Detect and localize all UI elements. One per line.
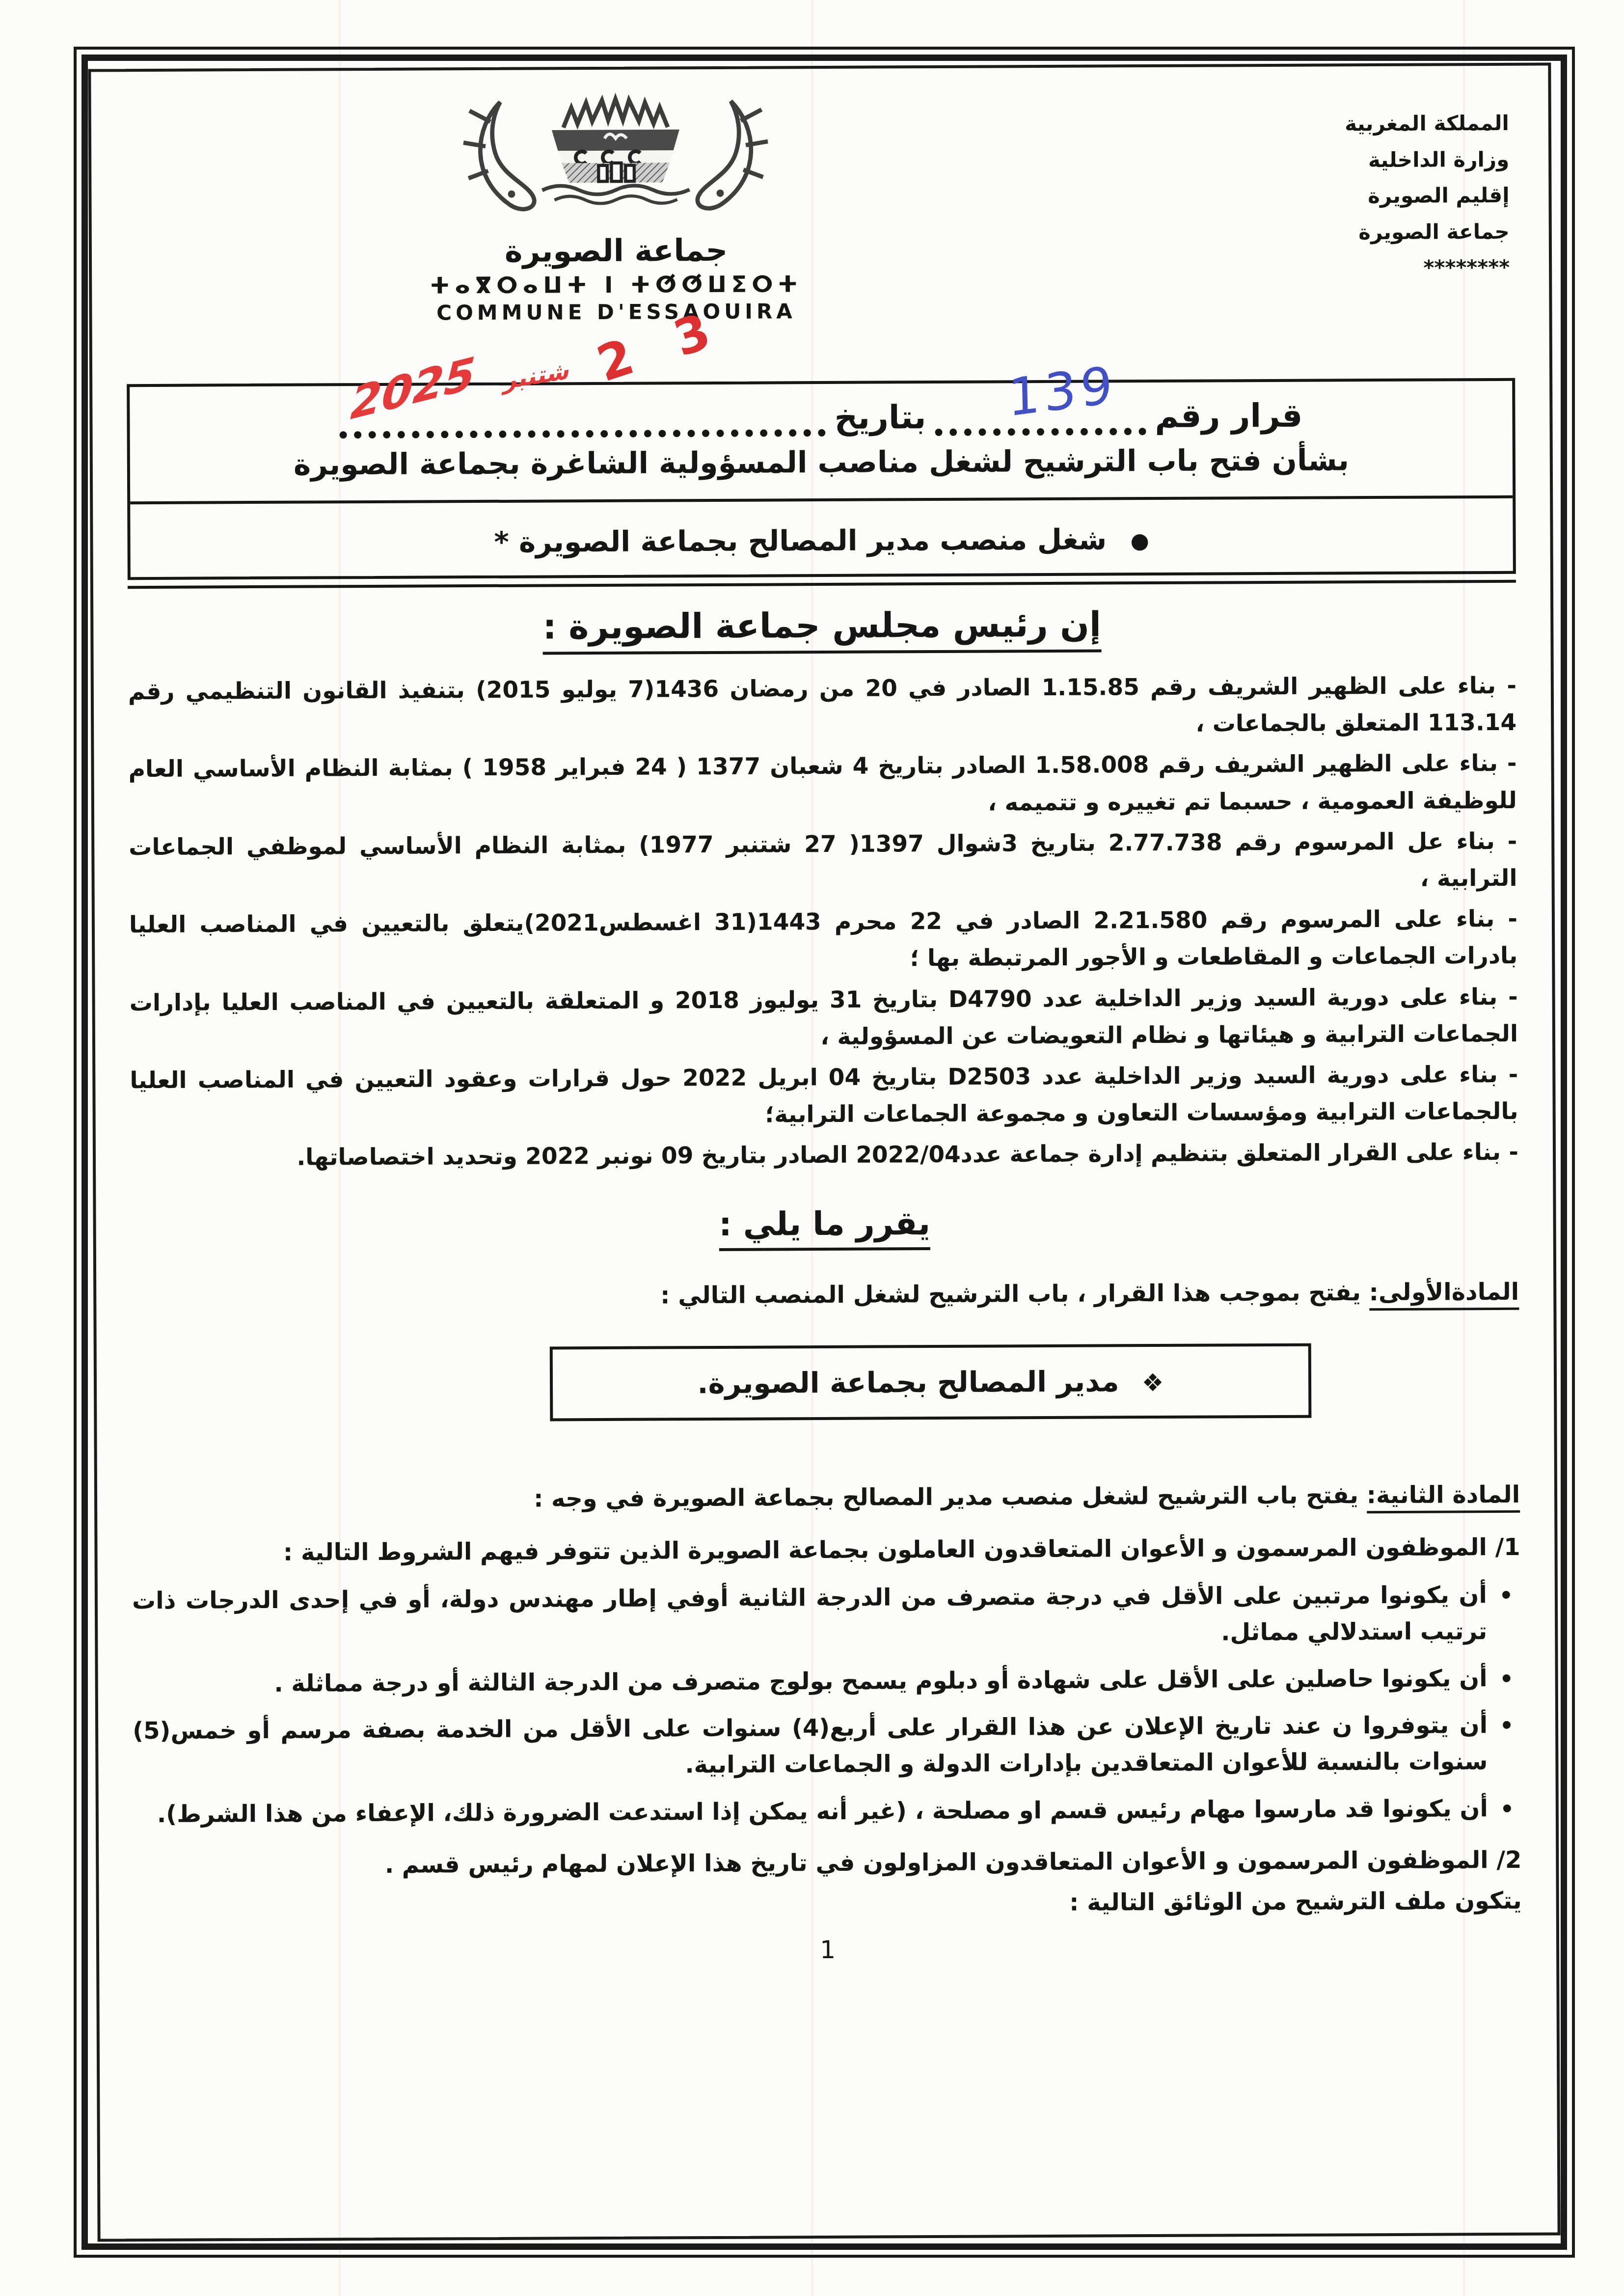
article-1: المادةالأولى: يفتح بموجب هذا القرار ، با… bbox=[131, 1273, 1519, 1317]
group-2-text: الموظفون المرسمون و الأعوان المتعاقدون ا… bbox=[385, 1846, 1497, 1879]
vacant-position-text: شغل منصب مدير المصالح بجماعة الصويرة * bbox=[494, 522, 1107, 558]
position-box: ❖ مدير المصالح بجماعة الصويرة. bbox=[550, 1343, 1311, 1421]
header: المملكة المغربية وزارة الداخلية إقليم ال… bbox=[126, 81, 1516, 371]
position-box-text: مدير المصالح بجماعة الصويرة. bbox=[697, 1365, 1119, 1400]
logo-latin-name: COMMUNE D'ESSAOUIRA bbox=[371, 299, 862, 325]
consideration-item: - بناء على المرسوم رقم 2.21.580 الصادر ف… bbox=[129, 901, 1518, 981]
decision-date-dotted-line: 2025 شتنبر 2 3 bbox=[340, 421, 826, 438]
conditions-list: أن يكونوا مرتبين على الأقل في درجة متصرف… bbox=[132, 1574, 1521, 1833]
coat-of-arms-icon bbox=[429, 83, 803, 232]
eligible-group-2: 2/ الموظفون المرسمون و الأعوان المتعاقدو… bbox=[133, 1841, 1521, 1885]
condition-item: أن يكونوا مرتبين على الأقل في درجة متصرف… bbox=[132, 1574, 1491, 1656]
considerations: - بناء على الظهير الشريف رقم 1.15.85 الص… bbox=[128, 667, 1518, 1177]
consideration-item: - بناء على القرار المتعلق بتنظيم إدارة ج… bbox=[130, 1134, 1518, 1177]
vacant-position-row: ● شغل منصب مدير المصالح بجماعة الصويرة * bbox=[130, 506, 1513, 577]
group-1-text: الموظفون المرسمون و الأعوان المتعاقدون ا… bbox=[283, 1533, 1495, 1566]
article-2-label: المادة الثانية: bbox=[1367, 1481, 1520, 1513]
article-1-text: يفتح بموجب هذا القرار ، باب الترشيح لشغل… bbox=[660, 1279, 1369, 1310]
consideration-item: - بناء عل المرسوم رقم 2.77.738 بتاريخ 3ش… bbox=[129, 823, 1517, 903]
article-2-text: يفتح باب الترشيح لشغل منصب مدير المصالح … bbox=[534, 1481, 1367, 1512]
commune-logo: جماعة الصويرة ⵜⴰⴳⵔⴰⵡⵜ ⵏ ⵜⵚⵚⵡⵉⵔⵜ COMMUNE … bbox=[370, 83, 862, 325]
page-border-middle: المملكة المغربية وزارة الداخلية إقليم ال… bbox=[81, 55, 1567, 2250]
decision-title-box: قرار رقم 139 بتاريخ 2025 شتنبر 2 3 بشأن … bbox=[127, 378, 1516, 580]
header-line-province: إقليم الصويرة bbox=[1345, 177, 1510, 214]
logo-tifinagh-name: ⵜⴰⴳⵔⴰⵡⵜ ⵏ ⵜⵚⵚⵡⵉⵔⵜ bbox=[371, 271, 862, 299]
article-2: المادة الثانية: يفتح باب الترشيح لشغل من… bbox=[132, 1476, 1520, 1520]
page-border-outer: المملكة المغربية وزارة الداخلية إقليم ال… bbox=[74, 47, 1575, 2258]
decision-number-label: قرار رقم bbox=[1155, 397, 1302, 435]
stamp-month: شتنبر bbox=[501, 356, 572, 400]
fish-right-icon bbox=[697, 101, 768, 208]
condition-item: أن يكونوا حاصلين على الأقل على شهادة أو … bbox=[133, 1658, 1491, 1702]
logo-arabic-name: جماعة الصويرة bbox=[371, 232, 862, 270]
diamond-bullet-icon: ❖ bbox=[1142, 1368, 1164, 1397]
article-1-label: المادةالأولى: bbox=[1369, 1278, 1519, 1311]
application-file-line: يتكون ملف الترشيح من الوثائق التالية : bbox=[134, 1882, 1522, 1926]
authority-heading: إن رئيس مجلس جماعة الصويرة : bbox=[543, 604, 1102, 655]
decision-subject: بشأن فتح باب الترشيح لشغل مناصب المسؤولي… bbox=[150, 442, 1493, 483]
fish-left-icon bbox=[463, 102, 535, 210]
decision-date-label: بتاريخ bbox=[834, 398, 926, 437]
decision-number-dotted-line: 139 bbox=[935, 420, 1146, 436]
scanned-document-page: المملكة المغربية وزارة الداخلية إقليم ال… bbox=[0, 0, 1624, 2296]
decree-heading-wrap: يقرر ما يلي : bbox=[130, 1202, 1518, 1254]
consideration-item: - بناء على الظهير الشريف رقم 1.15.85 الص… bbox=[128, 667, 1517, 747]
decree-heading: يقرر ما يلي : bbox=[719, 1204, 930, 1251]
application-file-text: يتكون ملف الترشيح من الوثائق التالية : bbox=[1069, 1887, 1522, 1916]
header-line-commune: جماعة الصويرة bbox=[1345, 213, 1510, 250]
eligible-group-1: 1/ الموظفون المرسمون و الأعوان المتعاقدو… bbox=[132, 1529, 1520, 1572]
group-2-number: 2/ bbox=[1496, 1846, 1521, 1874]
administrative-header: المملكة المغربية وزارة الداخلية إقليم ال… bbox=[1345, 105, 1510, 286]
page-border-inner: المملكة المغربية وزارة الداخلية إقليم ال… bbox=[88, 63, 1560, 2242]
header-line-ministry: وزارة الداخلية bbox=[1345, 141, 1509, 178]
page-number: 1 bbox=[134, 1933, 1522, 1967]
group-1-number: 1/ bbox=[1495, 1533, 1520, 1561]
condition-item: أن يكونوا قد مارسوا مهام رئيس قسم او مصل… bbox=[133, 1788, 1492, 1832]
bullet-icon: ● bbox=[1130, 528, 1149, 553]
condition-item: أن يتوفروا ن عند تاريخ الإعلان عن هذا ال… bbox=[133, 1704, 1492, 1786]
consideration-item: - بناء على دورية السيد وزير الداخلية عدد… bbox=[130, 1056, 1518, 1136]
authority-heading-wrap: إن رئيس مجلس جماعة الصويرة : bbox=[128, 602, 1516, 656]
consideration-item: - بناء على دورية السيد وزير الداخلية عدد… bbox=[129, 978, 1518, 1058]
header-line-kingdom: المملكة المغربية bbox=[1345, 105, 1509, 142]
decision-title-row: قرار رقم 139 بتاريخ 2025 شتنبر 2 3 بشأن … bbox=[130, 381, 1513, 491]
consideration-item: - بناء على الظهير الشريف رقم 1.58.008 ال… bbox=[128, 745, 1517, 825]
header-line-asterisks: ******** bbox=[1345, 249, 1510, 286]
